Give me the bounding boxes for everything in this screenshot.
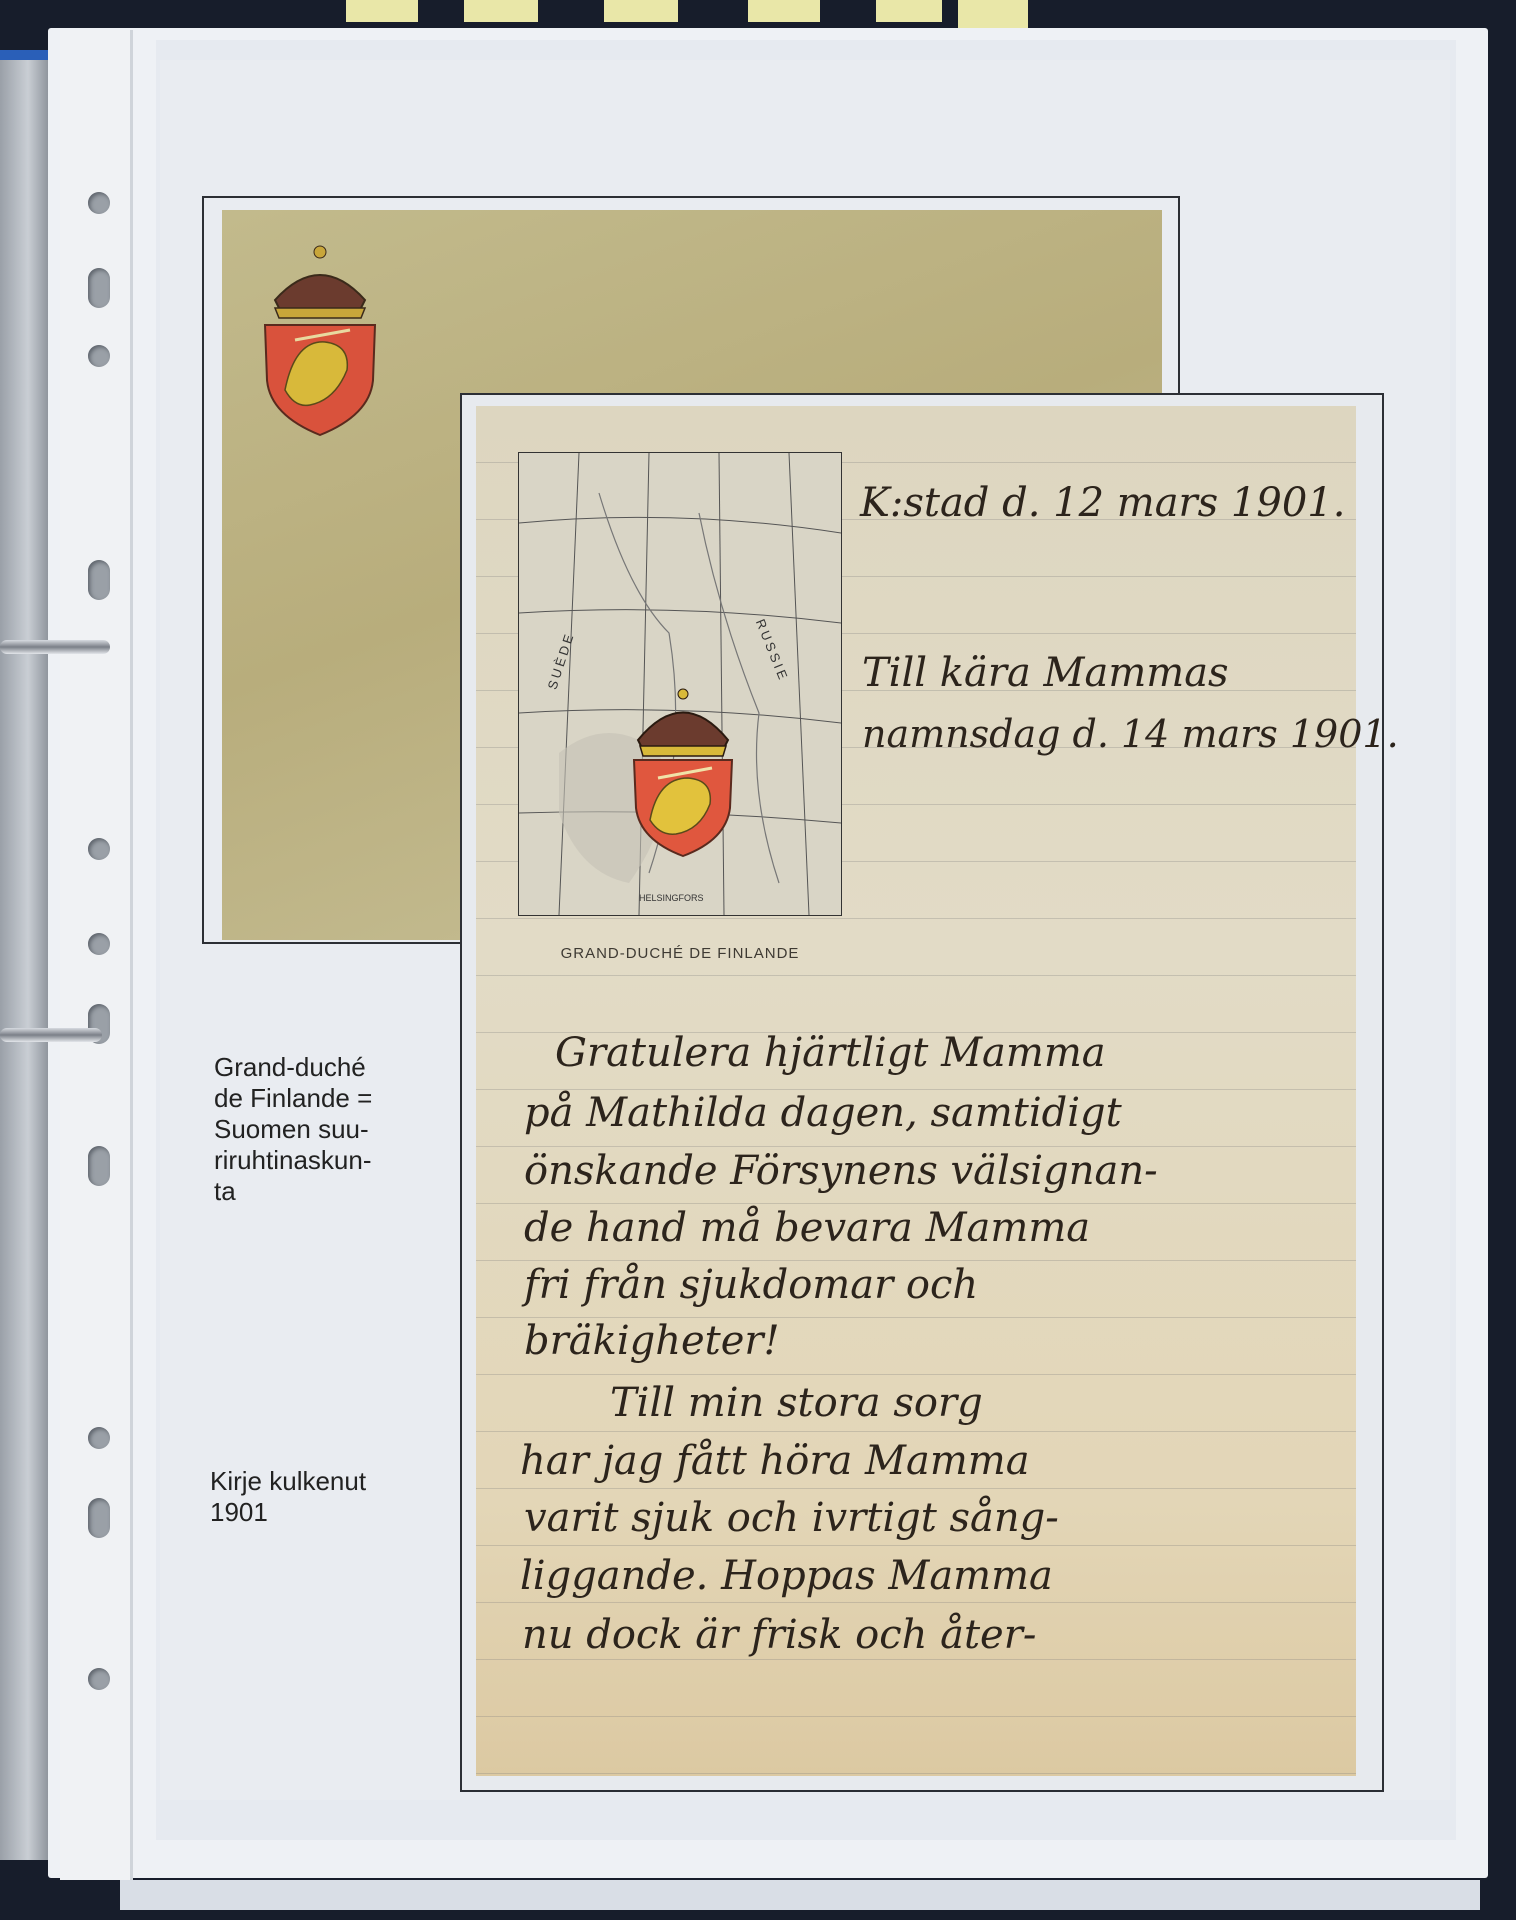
letter-line: bräkigheter! bbox=[524, 1318, 780, 1364]
punch-hole bbox=[88, 838, 110, 860]
letter-place-date: K:stad d. 12 mars 1901. bbox=[860, 480, 1345, 526]
map-title: GRAND-DUCHÉ DE FINLANDE bbox=[540, 945, 820, 962]
letter-line: nu dock är frisk och åter- bbox=[522, 1612, 1036, 1658]
punch-hole bbox=[88, 1668, 110, 1690]
caption-line: Suomen suu- bbox=[214, 1114, 454, 1145]
map-label-helsingfors: HELSINGFORS bbox=[639, 893, 704, 903]
caption-line: de Finlande = bbox=[214, 1083, 454, 1114]
letter-line: de hand må bevara Mamma bbox=[524, 1205, 1090, 1251]
index-tab bbox=[604, 0, 678, 22]
punch-hole bbox=[88, 1146, 110, 1186]
letter-line: har jag fått höra Mamma bbox=[520, 1438, 1030, 1484]
caption-line: Kirje kulkenut bbox=[210, 1466, 450, 1497]
binder-ring bbox=[0, 640, 110, 654]
caption-line: 1901 bbox=[210, 1497, 450, 1528]
description-caption: Grand-duché de Finlande = Suomen suu- ri… bbox=[214, 1052, 454, 1207]
usage-caption: Kirje kulkenut 1901 bbox=[210, 1466, 450, 1528]
letter-line: liggande. Hoppas Mamma bbox=[520, 1553, 1053, 1599]
letter-salutation: namnsdag d. 14 mars 1901. bbox=[862, 712, 1399, 756]
letter-salutation: Till kära Mammas bbox=[862, 650, 1229, 696]
punch-hole bbox=[88, 1427, 110, 1449]
letter-line: på Mathilda dagen, samtidigt bbox=[524, 1090, 1122, 1136]
punch-hole bbox=[88, 1498, 110, 1538]
letter-line: önskande Försynens välsignan- bbox=[524, 1148, 1158, 1194]
letter-line: Gratulera hjärtligt Mamma bbox=[555, 1030, 1106, 1076]
binder-ring bbox=[0, 1028, 102, 1042]
index-tab bbox=[748, 0, 820, 22]
punch-hole bbox=[88, 933, 110, 955]
letter-line: fri från sjukdomar och bbox=[524, 1262, 978, 1308]
letter-line: Till min stora sorg bbox=[610, 1380, 983, 1426]
punch-hole bbox=[88, 345, 110, 367]
caption-line: ta bbox=[214, 1176, 454, 1207]
caption-line: Grand-duché bbox=[214, 1052, 454, 1083]
punch-hole bbox=[88, 560, 110, 600]
index-tab bbox=[346, 0, 418, 22]
punch-hole bbox=[88, 268, 110, 308]
index-tab bbox=[876, 0, 942, 22]
index-tab bbox=[464, 0, 538, 22]
back-sleeves-bottom bbox=[120, 1880, 1480, 1910]
punch-hole bbox=[88, 192, 110, 214]
caption-line: riruhtinaskun- bbox=[214, 1145, 454, 1176]
letter-line: varit sjuk och ivrtigt sång- bbox=[524, 1495, 1059, 1541]
coat-of-arms-icon bbox=[628, 680, 738, 858]
coat-of-arms-icon bbox=[255, 230, 385, 440]
